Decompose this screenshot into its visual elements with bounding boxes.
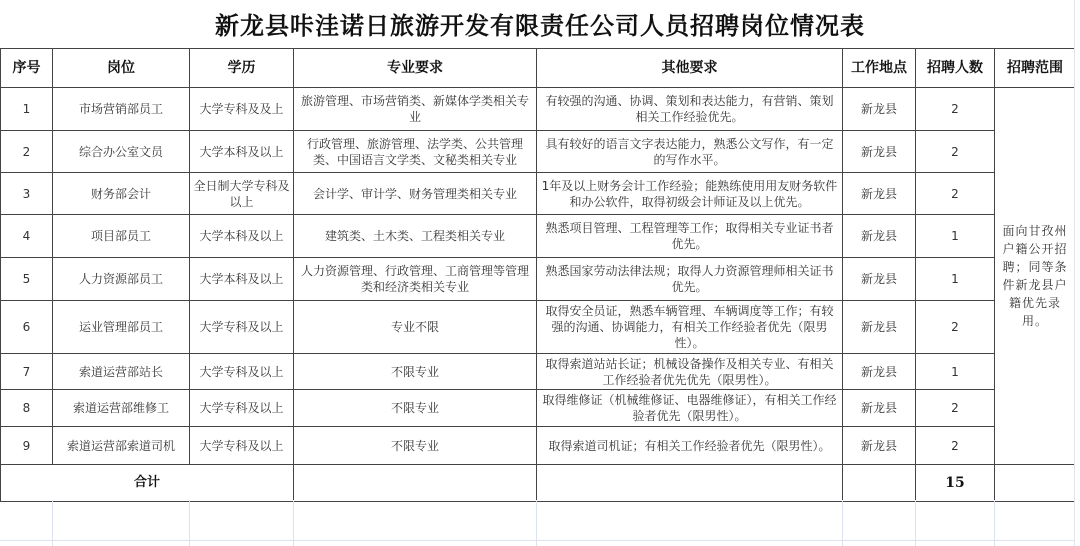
sheet-gridline-v	[293, 500, 294, 546]
sheet-gridline-v	[994, 500, 995, 546]
cell-position: 财务部会计	[53, 173, 190, 215]
cell-position: 索道运营部维修工	[53, 390, 190, 427]
cell-education: 大学专科及以上	[190, 390, 294, 427]
table-row: 6 运业管理部员工 大学专科及以上 专业不限 取得安全员证，熟悉车辆管理、车辆调…	[1, 301, 1076, 354]
cell-other: 取得索道司机证；有相关工作经验者优先（限男性）。	[537, 427, 843, 465]
cell-other: 熟悉项目管理、工程管理等工作；取得相关专业证书者优先。	[537, 215, 843, 258]
total-other-empty	[537, 465, 843, 502]
total-scope-empty	[995, 465, 1076, 502]
cell-count: 1	[916, 354, 995, 390]
cell-position: 综合办公室文员	[53, 131, 190, 173]
cell-index: 4	[1, 215, 53, 258]
sheet-gridline-v	[52, 500, 53, 546]
cell-count: 1	[916, 215, 995, 258]
cell-count: 2	[916, 301, 995, 354]
cell-major: 不限专业	[294, 390, 537, 427]
header-location: 工作地点	[843, 49, 916, 88]
cell-major: 人力资源管理、行政管理、工商管理等管理类和经济类相关专业	[294, 258, 537, 301]
cell-count: 2	[916, 88, 995, 131]
cell-other: 取得安全员证，熟悉车辆管理、车辆调度等工作；有较强的沟通、协调能力，有相关工作经…	[537, 301, 843, 354]
header-row: 序号 岗位 学历 专业要求 其他要求 工作地点 招聘人数 招聘范围	[1, 49, 1076, 88]
page-title: 新龙县咔洼诺日旅游开发有限责任公司人员招聘岗位情况表	[0, 6, 1080, 41]
total-count: 15	[916, 465, 995, 502]
cell-major: 不限专业	[294, 427, 537, 465]
cell-location: 新龙县	[843, 215, 916, 258]
cell-location: 新龙县	[843, 258, 916, 301]
header-count: 招聘人数	[916, 49, 995, 88]
cell-location: 新龙县	[843, 427, 916, 465]
cell-education: 大学本科及以上	[190, 258, 294, 301]
table-row: 1 市场营销部员工 大学专科及及上 旅游管理、市场营销类、新媒体学类相关专业 有…	[1, 88, 1076, 131]
header-other: 其他要求	[537, 49, 843, 88]
cell-count: 1	[916, 258, 995, 301]
cell-index: 6	[1, 301, 53, 354]
cell-index: 1	[1, 88, 53, 131]
cell-count: 2	[916, 427, 995, 465]
cell-location: 新龙县	[843, 131, 916, 173]
cell-major: 旅游管理、市场营销类、新媒体学类相关专业	[294, 88, 537, 131]
cell-position: 索道运营部站长	[53, 354, 190, 390]
cell-education: 大学专科及以上	[190, 427, 294, 465]
cell-education: 大学本科及以上	[190, 215, 294, 258]
cell-index: 3	[1, 173, 53, 215]
cell-scope: 面向甘孜州户籍公开招聘；同等条件新龙县户籍优先录用。	[995, 88, 1076, 465]
cell-position: 项目部员工	[53, 215, 190, 258]
table-row: 7 索道运营部站长 大学专科及以上 不限专业 取得索道站站长证；机械设备操作及相…	[1, 354, 1076, 390]
cell-other: 1年及以上财务会计工作经验；能熟练使用用友财务软件和办公软件，取得初级会计师证及…	[537, 173, 843, 215]
cell-index: 9	[1, 427, 53, 465]
sheet-gridline-v	[536, 500, 537, 546]
cell-major: 会计学、审计学、财务管理类相关专业	[294, 173, 537, 215]
cell-position: 运业管理部员工	[53, 301, 190, 354]
cell-major: 专业不限	[294, 301, 537, 354]
sheet-right-edge	[1074, 0, 1080, 546]
table-row: 2 综合办公室文员 大学本科及以上 行政管理、旅游管理、法学类、公共管理类、中国…	[1, 131, 1076, 173]
cell-other: 具有较好的语言文字表达能力，熟悉公文写作，有一定的写作水平。	[537, 131, 843, 173]
cell-position: 索道运营部索道司机	[53, 427, 190, 465]
cell-other: 有较强的沟通、协调、策划和表达能力，有营销、策划相关工作经验优先。	[537, 88, 843, 131]
cell-count: 2	[916, 131, 995, 173]
table-row: 8 索道运营部维修工 大学专科及以上 不限专业 取得维修证（机械维修证、电器维修…	[1, 390, 1076, 427]
sheet-gridline-v	[842, 500, 843, 546]
header-education: 学历	[190, 49, 294, 88]
total-row: 合计 15	[1, 465, 1076, 502]
sheet-gridline-v	[189, 500, 190, 546]
cell-index: 8	[1, 390, 53, 427]
cell-index: 5	[1, 258, 53, 301]
total-major-empty	[294, 465, 537, 502]
header-major: 专业要求	[294, 49, 537, 88]
cell-education: 全日制大学专科及以上	[190, 173, 294, 215]
cell-other: 取得索道站站长证；机械设备操作及相关专业、有相关工作经验者优先优先（限男性）。	[537, 354, 843, 390]
table-row: 9 索道运营部索道司机 大学专科及以上 不限专业 取得索道司机证；有相关工作经验…	[1, 427, 1076, 465]
cell-position: 人力资源部员工	[53, 258, 190, 301]
cell-education: 大学专科及以上	[190, 301, 294, 354]
cell-education: 大学本科及以上	[190, 131, 294, 173]
cell-location: 新龙县	[843, 390, 916, 427]
cell-location: 新龙县	[843, 301, 916, 354]
cell-position: 市场营销部员工	[53, 88, 190, 131]
total-label: 合计	[1, 465, 294, 502]
cell-location: 新龙县	[843, 88, 916, 131]
cell-education: 大学专科及及上	[190, 88, 294, 131]
recruitment-table: 序号 岗位 学历 专业要求 其他要求 工作地点 招聘人数 招聘范围 1 市场营销…	[0, 48, 1076, 502]
cell-major: 不限专业	[294, 354, 537, 390]
cell-other: 取得维修证（机械维修证、电器维修证），有相关工作经验者优先（限男性）。	[537, 390, 843, 427]
header-position: 岗位	[53, 49, 190, 88]
cell-location: 新龙县	[843, 173, 916, 215]
total-location-empty	[843, 465, 916, 502]
cell-index: 7	[1, 354, 53, 390]
cell-major: 建筑类、土木类、工程类相关专业	[294, 215, 537, 258]
sheet-gridline	[0, 540, 1080, 541]
cell-count: 2	[916, 173, 995, 215]
sheet-gridline-v	[915, 500, 916, 546]
cell-education: 大学专科及以上	[190, 354, 294, 390]
cell-major: 行政管理、旅游管理、法学类、公共管理类、中国语言文学类、文秘类相关专业	[294, 131, 537, 173]
cell-location: 新龙县	[843, 354, 916, 390]
cell-count: 2	[916, 390, 995, 427]
table-row: 5 人力资源部员工 大学本科及以上 人力资源管理、行政管理、工商管理等管理类和经…	[1, 258, 1076, 301]
header-index: 序号	[1, 49, 53, 88]
cell-index: 2	[1, 131, 53, 173]
cell-other: 熟悉国家劳动法律法规；取得人力资源管理师相关证书优先。	[537, 258, 843, 301]
header-scope: 招聘范围	[995, 49, 1076, 88]
table-row: 4 项目部员工 大学本科及以上 建筑类、土木类、工程类相关专业 熟悉项目管理、工…	[1, 215, 1076, 258]
table-row: 3 财务部会计 全日制大学专科及以上 会计学、审计学、财务管理类相关专业 1年及…	[1, 173, 1076, 215]
